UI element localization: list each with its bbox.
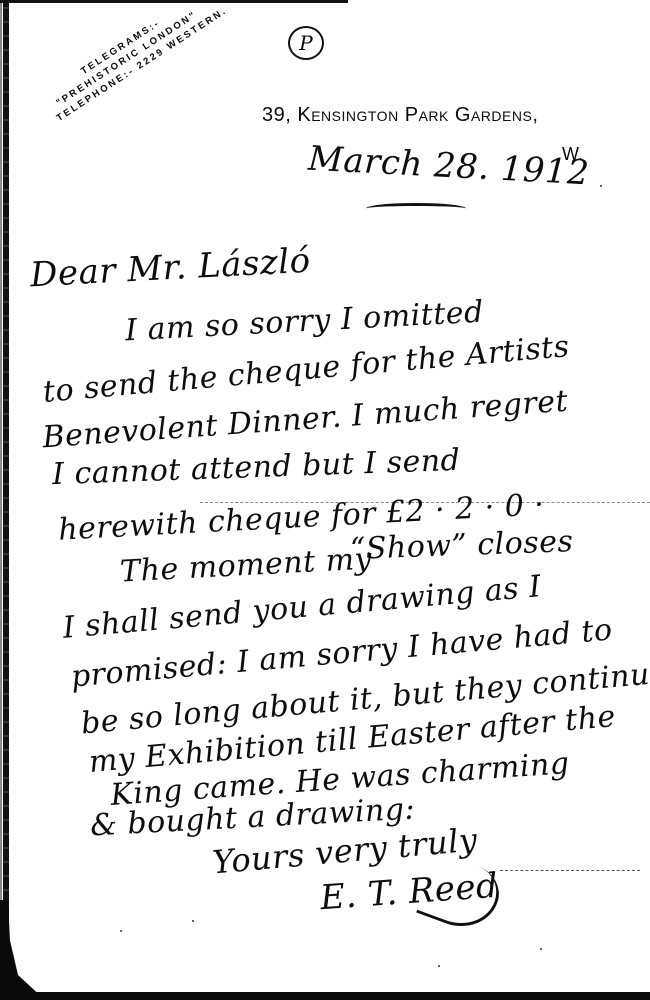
letterhead-contact-block: TELEGRAMS:- "PREHISTORIC LONDON" TELEPHO… <box>40 0 230 125</box>
letter-date: March 28. 1912 <box>307 139 590 194</box>
body-line-6a: The moment my <box>119 541 373 589</box>
scan-speck <box>540 948 542 950</box>
scan-speck <box>192 920 194 922</box>
scan-shadow-bottom-left <box>0 900 45 1000</box>
scan-edge-left <box>3 0 9 1000</box>
scan-speck <box>600 185 602 187</box>
scan-speck <box>438 965 440 967</box>
scan-edge-left-thin <box>0 0 2 1000</box>
scan-artifact-rule-2 <box>500 870 640 871</box>
scan-speck <box>120 930 122 932</box>
telegrams-address: "PREHISTORIC LONDON" <box>47 0 223 114</box>
archive-mark-icon: P <box>288 26 324 60</box>
scan-edge-top <box>0 0 348 3</box>
salutation: Dear Mr. László <box>29 241 311 296</box>
letterhead-address: 39, Kensington Park Gardens, <box>262 104 538 127</box>
body-line-6b: “Show” closes <box>349 524 573 567</box>
signature-flourish <box>416 851 507 937</box>
scan-edge-bottom <box>0 992 650 1000</box>
date-underline <box>366 203 466 214</box>
